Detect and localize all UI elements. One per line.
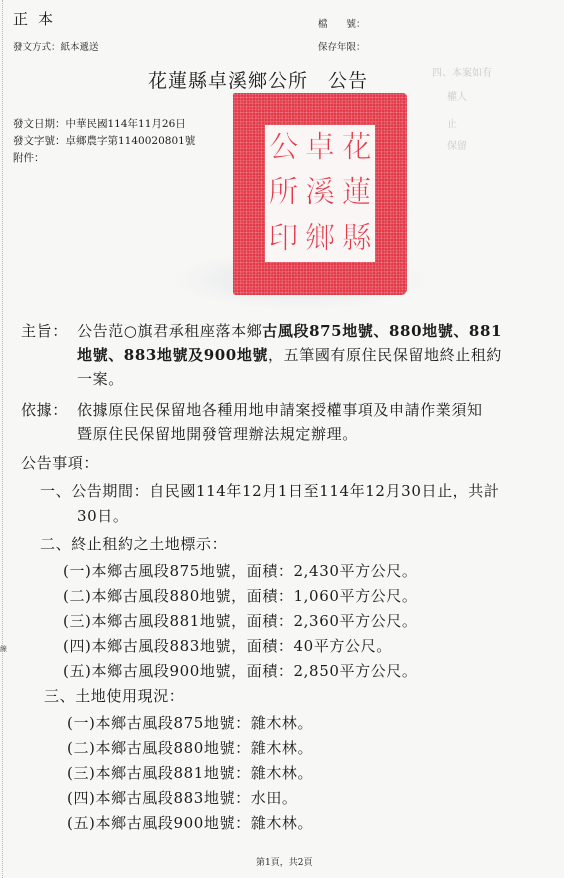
copy-mark: 正本	[13, 8, 63, 29]
land-use-row: (五)本鄉古風段900地號：雜木林。	[67, 811, 313, 836]
subject-line-2: 地號、883地號及900地號，五筆國有原住民保留地終止租約	[77, 343, 502, 368]
land-use-heading: 三、土地使用現況：	[44, 684, 184, 709]
seal-character: 蓮	[338, 171, 375, 217]
document-title: 花蓮縣卓溪鄉公所 公告	[148, 66, 368, 93]
binding-line	[2, 0, 3, 878]
land-row: (五)本鄉古風段900地號，面積：2,850平方公尺。	[63, 659, 417, 684]
attachment-label: 附件：	[13, 150, 45, 165]
subject-label: 主旨：	[21, 319, 68, 344]
official-seal-stamp: 花 卓 公 蓮 溪 所 縣 鄉 印	[233, 93, 407, 295]
seal-character: 所	[265, 171, 302, 217]
ghost-text: 權人	[447, 88, 467, 103]
seal-inner-field: 花 卓 公 蓮 溪 所 縣 鄉 印	[265, 125, 375, 262]
land-use-row: (一)本鄉古風段875地號：雜木林。	[67, 711, 313, 736]
subject-text: 公告范○旗君承租座落本鄉	[77, 322, 262, 340]
seal-character: 縣	[338, 216, 375, 262]
ghost-text: 四、本案如有	[432, 64, 492, 79]
seal-character: 鄉	[302, 216, 339, 262]
notice-period-line-1: 一、公告期間：自民國114年12月1日至114年12月30日止，共計	[40, 479, 499, 504]
basis-line-1: 依據原住民保留地各種用地申請案授權事項及申請作業須知	[77, 398, 483, 423]
land-row: (四)本鄉古風段883地號，面積：40平方公尺。	[63, 634, 392, 659]
land-row: (二)本鄉古風段880地號，面積：1,060平方公尺。	[63, 584, 417, 609]
issue-date: 發文日期：中華民國114年11月26日	[13, 116, 186, 131]
seal-character: 公	[265, 125, 302, 171]
seal-character: 卓	[302, 125, 339, 171]
retention-label: 保存年限：	[318, 39, 366, 53]
seal-character: 溪	[302, 171, 339, 217]
subject-parcels-bold: 古風段875地號、880地號、881	[262, 322, 502, 340]
land-use-row: (四)本鄉古風段883地號：水田。	[67, 786, 298, 811]
notice-period-line-2: 30日。	[77, 504, 129, 529]
page-indicator: 第1頁，共2頁	[256, 855, 312, 868]
binding-line-label: 線	[0, 644, 7, 654]
ghost-text: 止	[447, 115, 457, 130]
notice-heading: 公告事項：	[21, 451, 99, 476]
ghost-text: 保留	[447, 137, 467, 152]
issue-number: 發文字號：卓鄉農字第1140020801號	[13, 133, 195, 148]
land-use-row: (二)本鄉古風段880地號：雜木林。	[67, 736, 313, 761]
subject-text: ，五筆國有原住民保留地終止租約	[268, 346, 502, 364]
send-method: 發文方式：紙本遞送	[13, 39, 99, 53]
subject-line-1: 公告范○旗君承租座落本鄉古風段875地號、880地號、881	[77, 319, 502, 344]
seal-character: 花	[338, 125, 375, 171]
subject-parcels-bold: 地號、883地號及900地號	[77, 346, 268, 364]
land-use-row: (三)本鄉古風段881地號：雜木林。	[67, 761, 313, 786]
file-number-label: 檔 號：	[318, 16, 366, 30]
basis-line-2: 暨原住民保留地開發管理辦法規定辦理。	[77, 422, 358, 447]
subject-line-3: 一案。	[77, 367, 124, 392]
basis-label: 依據：	[21, 398, 68, 423]
seal-character: 印	[265, 216, 302, 262]
land-row: (一)本鄉古風段875地號，面積：2,430平方公尺。	[63, 559, 417, 584]
land-row: (三)本鄉古風段881地號，面積：2,360平方公尺。	[63, 609, 417, 634]
land-list-heading: 二、終止租約之土地標示：	[40, 532, 227, 557]
